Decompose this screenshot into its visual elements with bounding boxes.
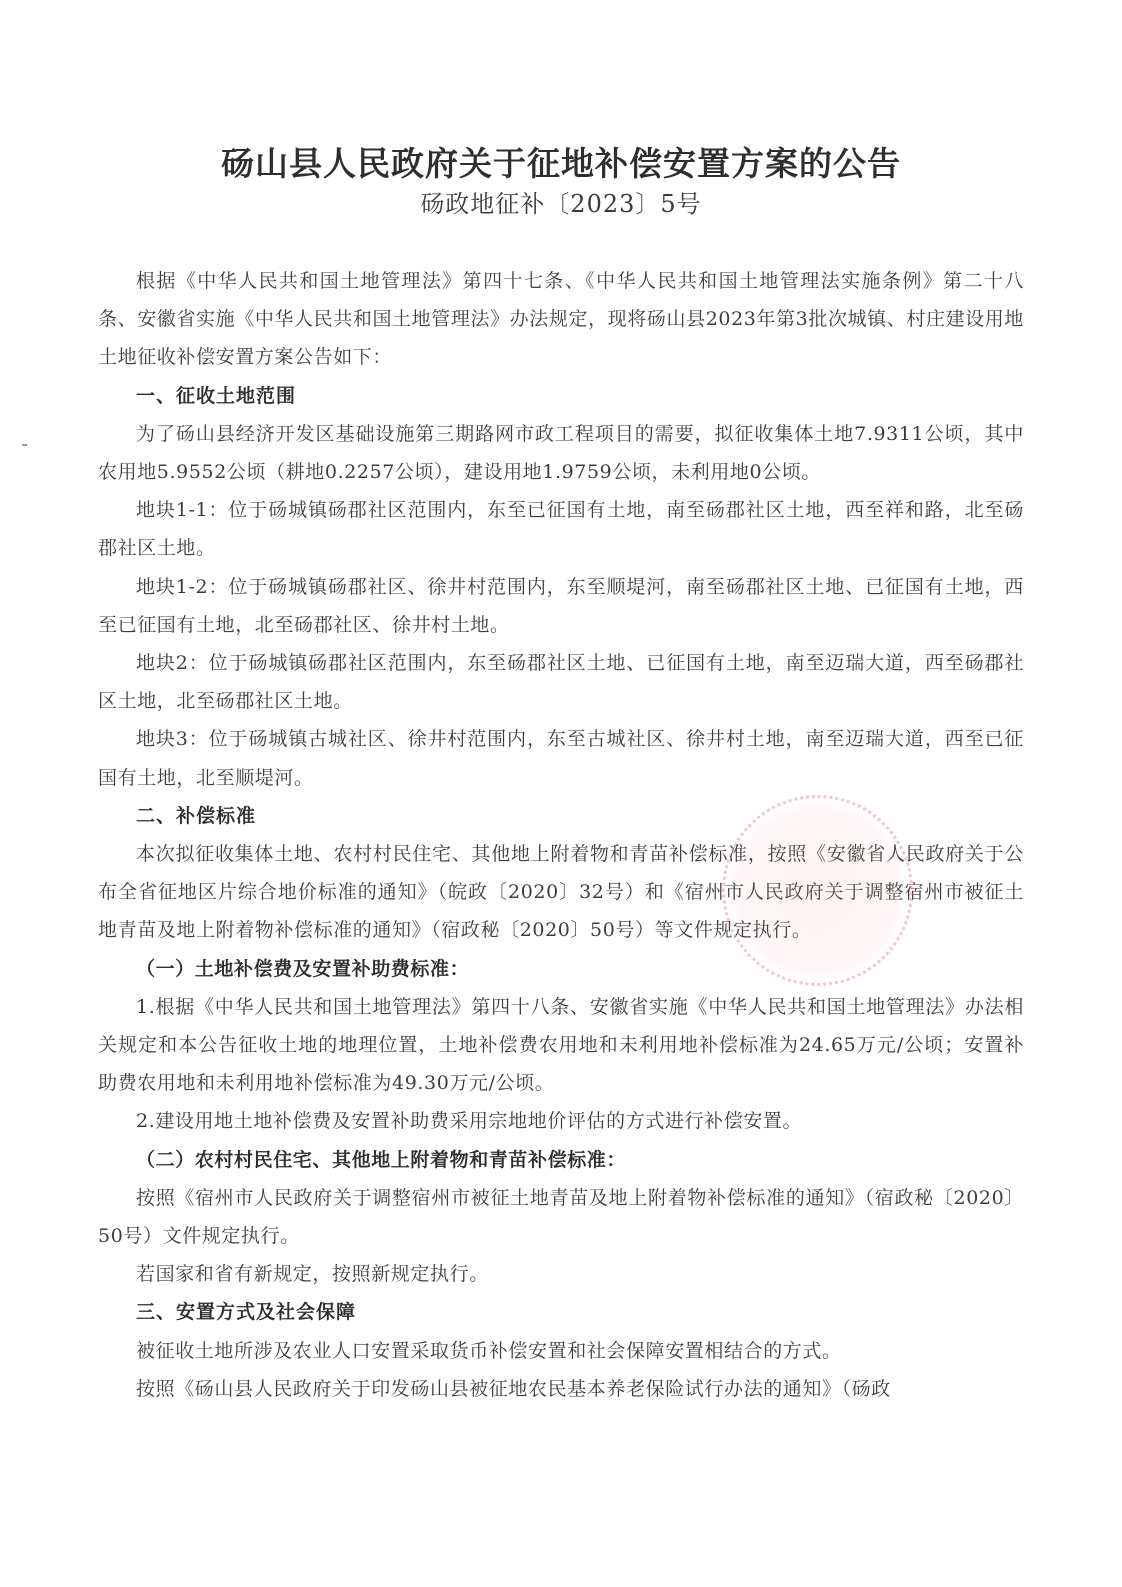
scan-speck <box>22 444 27 446</box>
paragraph-plot-1-2: 地块1-2：位于砀城镇砀郡社区、徐井村范围内，东至顺堤河，南至砀郡社区土地、已征… <box>98 568 1024 644</box>
document-page: 砀山县人民政府关于征地补偿安置方案的公告 砀政地征补〔2023〕5号 根据《中华… <box>0 0 1122 1587</box>
paragraph-pension: 按照《砀山县人民政府关于印发砀山县被征地农民基本养老保险试行办法的通知》（砀政 <box>98 1370 1024 1408</box>
document-number: 砀政地征补〔2023〕5号 <box>0 184 1122 219</box>
paragraph-resettlement-method: 被征收土地所涉及农业人口安置采取货币补偿安置和社会保障安置相结合的方式。 <box>98 1332 1024 1370</box>
paragraph-land-compensation-rate: 1.根据《中华人民共和国土地管理法》第四十八条、安徽省实施《中华人民共和国土地管… <box>98 988 1024 1103</box>
paragraph-housing-basis: 按照《宿州市人民政府关于调整宿州市被征土地青苗及地上附着物补偿标准的通知》（宿政… <box>98 1179 1024 1255</box>
paragraph-plot-3: 地块3：位于砀城镇古城社区、徐井村范围内，东至古城社区、徐井村土地，南至迈瑞大道… <box>98 720 1024 796</box>
subheading-housing-compensation: （二）农村村民住宅、其他地上附着物和青苗补偿标准： <box>98 1141 1024 1179</box>
paragraph-plot-2: 地块2：位于砀城镇砀郡社区范围内，东至砀郡社区土地、已征国有土地，南至迈瑞大道，… <box>98 644 1024 720</box>
document-body: 根据《中华人民共和国土地管理法》第四十七条、《中华人民共和国土地管理法实施条例》… <box>98 262 1024 1408</box>
paragraph-compensation-basis: 本次拟征收集体土地、农村村民住宅、其他地上附着物和青苗补偿标准，按照《安徽省人民… <box>98 835 1024 950</box>
subheading-land-compensation: （一）土地补偿费及安置补助费标准： <box>98 950 1024 988</box>
paragraph-new-rules: 若国家和省有新规定，按照新规定执行。 <box>98 1255 1024 1293</box>
paragraph-construction-land: 2.建设用地土地补偿费及安置补助费采用宗地地价评估的方式进行补偿安置。 <box>98 1102 1024 1140</box>
document-title: 砀山县人民政府关于征地补偿安置方案的公告 <box>0 138 1122 185</box>
section-heading-compensation: 二、补偿标准 <box>98 797 1024 835</box>
section-heading-resettlement: 三、安置方式及社会保障 <box>98 1293 1024 1331</box>
section-heading-land-scope: 一、征收土地范围 <box>98 377 1024 415</box>
paragraph-land-area: 为了砀山县经济开发区基础设施第三期路网市政工程项目的需要，拟征收集体土地7.93… <box>98 415 1024 491</box>
intro-paragraph: 根据《中华人民共和国土地管理法》第四十七条、《中华人民共和国土地管理法实施条例》… <box>98 262 1024 377</box>
paragraph-plot-1-1: 地块1-1：位于砀城镇砀郡社区范围内，东至已征国有土地，南至砀郡社区土地，西至祥… <box>98 491 1024 567</box>
